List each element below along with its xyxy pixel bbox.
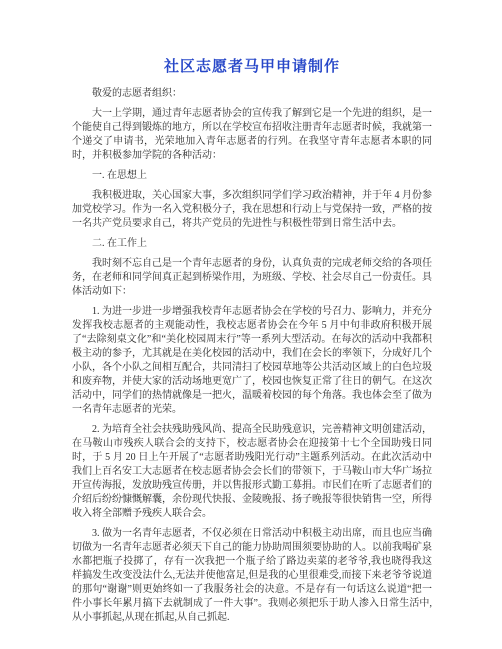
document-page: 社区志愿者马甲申请制作 敬爱的志愿者组织： 大一上学期，通过青年志愿者协会的宣传… (0, 0, 502, 649)
activity-paragraph-1: 1. 为进一步进一步增强我校青年志愿者协会在学校的号召力、影响力，并充分发挥我校… (72, 305, 432, 417)
section-heading-thought: 一. 在思想上 (72, 169, 432, 183)
activity-paragraph-2: 2. 为培育全社会扶残助残风尚、提高全民助残意识，完善精神文明创建活动，在马鞍山… (72, 423, 432, 521)
salutation: 敬爱的志愿者组织： (72, 87, 432, 101)
document-title: 社区志愿者马甲申请制作 (72, 56, 432, 78)
section-heading-work: 二. 在工作上 (72, 237, 432, 251)
thought-paragraph: 我积极进取，关心国家大事，多次组织同学们学习政治精神，并于年 4 月份参加党校学… (72, 189, 432, 231)
activity-paragraph-3: 3. 做为一名青年志愿者，不仅必须在日常活动中积极主动出席，而且也应当确切做为一… (72, 527, 432, 625)
work-intro-paragraph: 我时刻不忘自己是一个青年志愿者的身份，认真负责的完成老师交给的各项任务，在老师和… (72, 257, 432, 299)
intro-paragraph: 大一上学期，通过青年志愿者协会的宣传我了解到它是一个先进的组织，是一个能使自己得… (72, 107, 432, 163)
